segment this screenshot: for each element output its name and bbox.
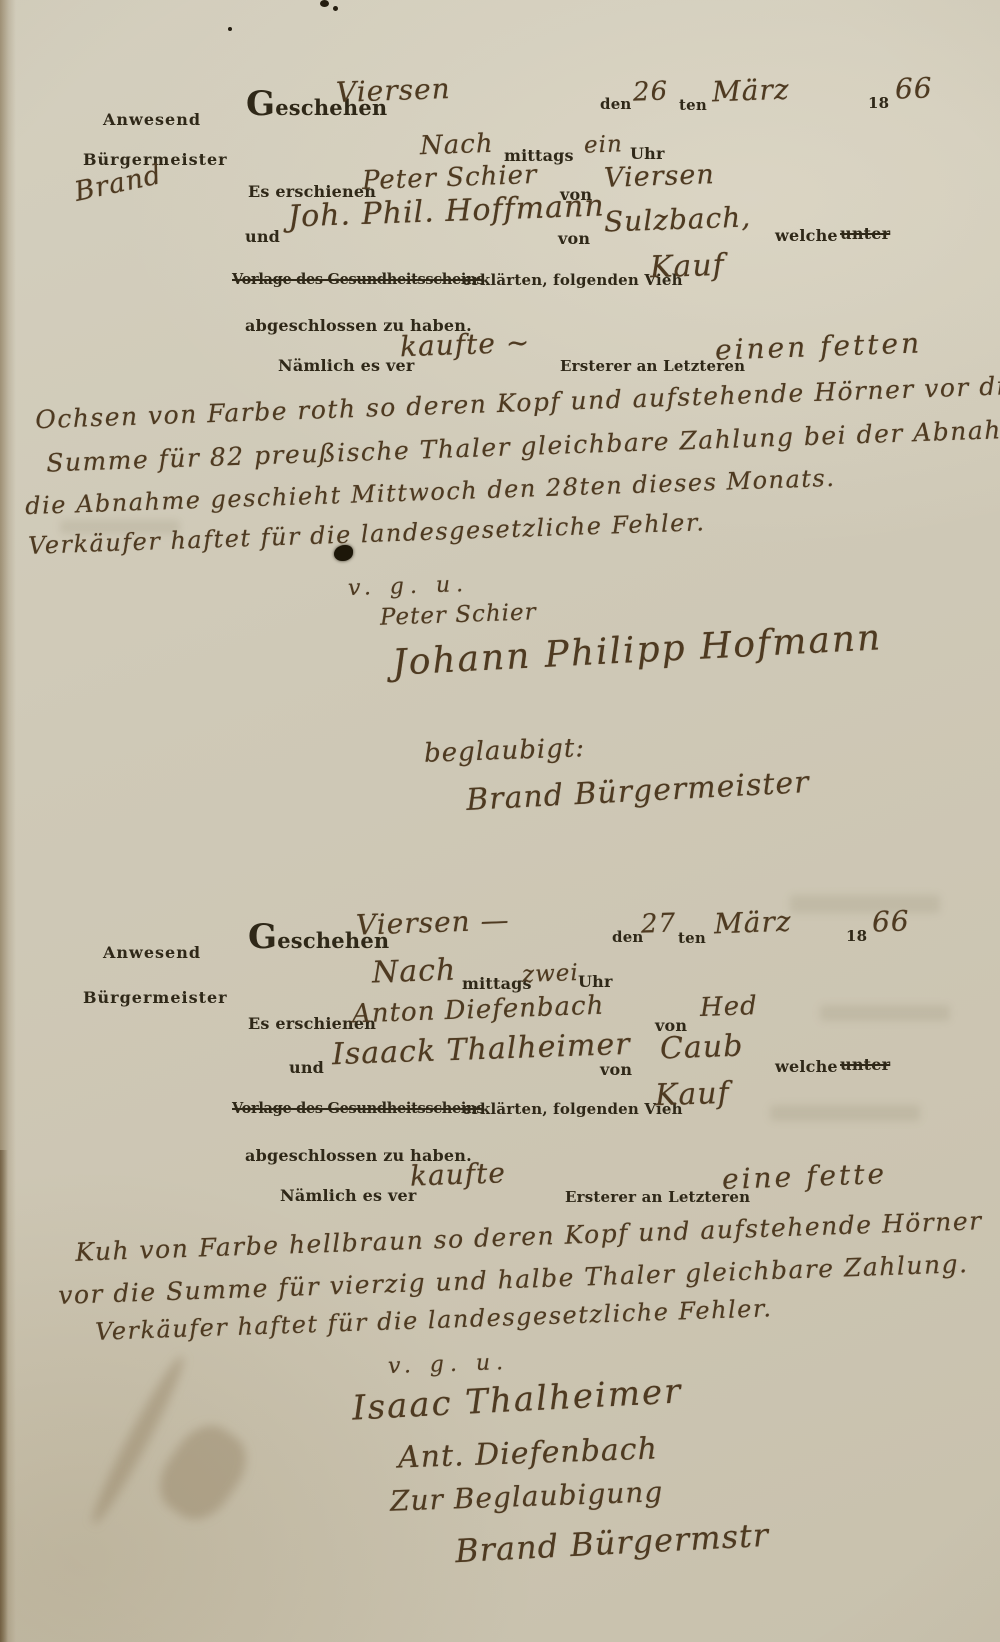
handwritten-hour: zwei <box>522 960 580 988</box>
handwritten-kauf: Kauf <box>654 1076 730 1114</box>
printed-und: und <box>245 227 280 246</box>
handwritten-party1-place: Hed <box>699 991 758 1023</box>
handwritten-kaufte: kaufte ~ <box>399 326 530 364</box>
handwritten-object: einen fetten <box>714 326 922 366</box>
handwritten-day: 27 <box>640 908 676 939</box>
handwritten-party1-name: Anton Diefenbach <box>352 991 605 1030</box>
handwritten-month: März <box>711 73 790 109</box>
margin-anwesend-label: Anwesend <box>103 943 201 962</box>
signature-seller: Peter Schier <box>380 599 537 630</box>
handwritten-party2-name: Isaack Thalheimer <box>331 1027 631 1072</box>
printed-unter-struck: unter <box>840 224 890 243</box>
handwritten-kauf: Kauf <box>649 248 725 286</box>
printed-von: von <box>558 229 590 248</box>
printed-century: 18 <box>868 94 889 112</box>
ink-speck <box>320 0 329 7</box>
handwritten-party2-place: Caub <box>659 1029 744 1067</box>
printed-naemlich: Nämlich es ver <box>278 356 415 375</box>
printed-naemlich: Nämlich es ver <box>280 1186 417 1205</box>
printed-welche: welche <box>775 226 838 245</box>
margin-buergermeister-label: Bürgermeister <box>83 988 228 1007</box>
handwritten-place: Viersen — <box>355 903 510 941</box>
handwritten-day: 26 <box>632 76 668 107</box>
printed-uhr: Uhr <box>578 972 613 991</box>
handwritten-object: eine fette <box>721 1157 887 1196</box>
handwritten-vgu: v. g. u. <box>348 572 470 601</box>
printed-von: von <box>600 1060 632 1079</box>
handwritten-time-prefix: Nach <box>419 129 494 162</box>
printed-und: und <box>289 1058 324 1077</box>
handwritten-time-prefix: Nach <box>371 953 456 991</box>
handwritten-party1-place: Viersen <box>603 159 715 194</box>
ink-speck <box>333 6 338 11</box>
handwritten-place: Viersen <box>335 72 451 109</box>
margin-anwesend-label: Anwesend <box>103 110 201 129</box>
bleedthrough-mark <box>770 1105 920 1121</box>
handwritten-party1-name: Peter Schier <box>362 160 538 196</box>
printed-den: den <box>600 95 632 113</box>
handwritten-party2-place: Sulzbach, <box>603 200 751 238</box>
printed-century: 18 <box>846 927 867 945</box>
signature-mayor: Brand Bürgermeister <box>465 765 810 818</box>
handwritten-kaufte: kaufte <box>409 1156 506 1192</box>
handwritten-hour: ein <box>584 131 624 158</box>
printed-vorlage-struck: Vorlage des Gesundheitsscheins <box>232 271 484 288</box>
handwritten-year: 66 <box>871 904 910 938</box>
bleedthrough-mark <box>790 895 940 913</box>
printed-welche: welche <box>775 1057 838 1076</box>
printed-erklaerten: erklärten, folgenden Vieh <box>462 1100 683 1118</box>
signature-seller: Ant. Diefenbach <box>397 1431 658 1475</box>
paper-smudge <box>147 1414 259 1532</box>
handwritten-attestation: Zur Beglaubigung <box>390 1475 664 1518</box>
handwritten-vgu: v. g. u. <box>388 1350 510 1379</box>
ink-speck <box>228 27 232 31</box>
register-page: Anwesend Bürgermeister Brand Geschehen V… <box>0 0 1000 1642</box>
printed-ten: ten <box>679 96 707 114</box>
handwritten-attestation: beglaubigt: <box>424 733 586 769</box>
book-binding-edge-dark <box>0 1150 8 1642</box>
printed-ten: ten <box>678 929 706 947</box>
printed-unter-struck: unter <box>840 1055 890 1074</box>
printed-vorlage-struck: Vorlage des Gesundheitsscheins <box>232 1100 484 1117</box>
printed-den: den <box>612 928 644 946</box>
handwritten-month: März <box>713 905 792 941</box>
bleedthrough-mark <box>820 1005 950 1021</box>
signature-mayor: Brand Bürgermstr <box>454 1516 770 1570</box>
handwritten-year: 66 <box>894 71 933 105</box>
signature-buyer: Isaac Thalheimer <box>351 1371 683 1428</box>
